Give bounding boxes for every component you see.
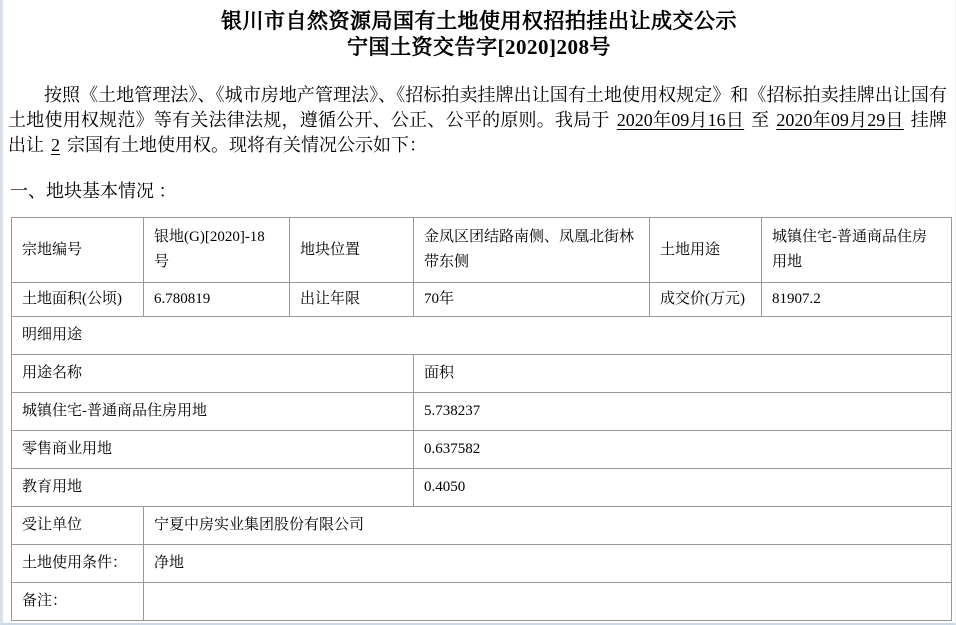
table-row: 教育用地 0.4050 xyxy=(12,469,952,507)
section-heading-basic-info: 一、地块基本情况 ： xyxy=(10,179,947,204)
term-label: 出让年限 xyxy=(290,283,414,317)
land-use-label: 土地用途 xyxy=(650,218,762,283)
use-area-column-header: 面积 xyxy=(414,355,952,393)
detail-use-name: 教育用地 xyxy=(12,469,414,507)
table-row: 宗地编号 银地(G)[2020]-18号 地块位置 金凤区团结路南侧、凤凰北街林… xyxy=(12,218,952,283)
detail-use-name: 零售商业用地 xyxy=(12,431,414,469)
land-use-value: 城镇住宅-普通商品住房用地 xyxy=(762,218,952,283)
detail-use-area: 0.4050 xyxy=(414,469,952,507)
intro-text-closing: 宗国有土地使用权。现将有关情况公示如下： xyxy=(67,135,427,155)
parcel-no-value: 银地(G)[2020]-18号 xyxy=(144,218,290,283)
land-area-value: 6.780819 xyxy=(144,283,290,317)
parcel-no-label: 宗地编号 xyxy=(12,218,144,283)
table-row: 城镇住宅-普通商品住房用地 5.738237 xyxy=(12,393,952,431)
parcel-count: 2 xyxy=(51,135,60,155)
detail-use-header: 明细用途 xyxy=(12,317,952,355)
table-row: 受让单位 宁夏中房实业集团股份有限公司 xyxy=(12,507,952,545)
table-row: 备注： xyxy=(12,583,952,621)
condition-value: 净地 xyxy=(144,545,952,583)
table-row: 土地使用条件： 净地 xyxy=(12,545,952,583)
parcel-info-table: 宗地编号 银地(G)[2020]-18号 地块位置 金凤区团结路南侧、凤凰北街林… xyxy=(11,217,952,621)
listing-start-date: 2020年09月16日 xyxy=(617,110,744,130)
grantee-value: 宁夏中房实业集团股份有限公司 xyxy=(144,507,952,545)
table-row: 土地面积(公顷) 6.780819 出让年限 70年 成交价(万元) 81907… xyxy=(12,283,952,317)
detail-use-area: 5.738237 xyxy=(414,393,952,431)
location-value: 金凤区团结路南侧、凤凰北街林带东侧 xyxy=(414,218,650,283)
intro-conjunction: 至 xyxy=(751,110,769,130)
remark-label: 备注： xyxy=(12,583,144,621)
condition-label: 土地使用条件： xyxy=(12,545,144,583)
price-value: 81907.2 xyxy=(762,283,952,317)
remark-value xyxy=(144,583,952,621)
document-number: 宁国土资交告字[2020]208号 xyxy=(3,34,955,60)
table-row: 明细用途 xyxy=(12,317,952,355)
detail-use-name: 城镇住宅-普通商品住房用地 xyxy=(12,393,414,431)
table-row: 零售商业用地 0.637582 xyxy=(12,431,952,469)
document-header: 银川市自然资源局国有土地使用权招拍挂出让成交公示 宁国土资交告字[2020]20… xyxy=(3,0,955,60)
land-area-label: 土地面积(公顷) xyxy=(12,283,144,317)
table-row: 用途名称 面积 xyxy=(12,355,952,393)
term-value: 70年 xyxy=(414,283,650,317)
announcement-page: 银川市自然资源局国有土地使用权招拍挂出让成交公示 宁国土资交告字[2020]20… xyxy=(0,0,956,625)
price-label: 成交价(万元) xyxy=(650,283,762,317)
page-title: 银川市自然资源局国有土地使用权招拍挂出让成交公示 xyxy=(3,8,955,34)
use-name-column-header: 用途名称 xyxy=(12,355,414,393)
detail-use-area: 0.637582 xyxy=(414,431,952,469)
listing-end-date: 2020年09月29日 xyxy=(776,110,903,130)
grantee-label: 受让单位 xyxy=(12,507,144,545)
location-label: 地块位置 xyxy=(290,218,414,283)
intro-paragraph: 按照《土地管理法》、《城市房地产管理法》、《招标拍卖挂牌出让国有土地使用权规定》… xyxy=(8,83,947,158)
